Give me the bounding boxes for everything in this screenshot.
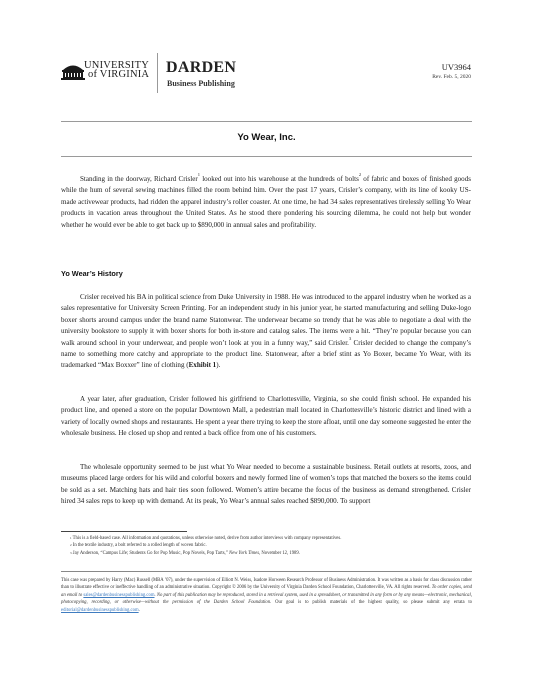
business-publishing-label: Business Publishing [167, 79, 235, 88]
case-id: UV3964 [442, 62, 471, 72]
footnote-3: 3 Jay Anderson, “Campus Life; Students G… [70, 550, 470, 557]
copyright-notice: This case was prepared by Harry (Mac) Ru… [61, 577, 472, 614]
history-section: Crisler received his BA in political sci… [61, 292, 471, 372]
rotunda-icon [61, 62, 85, 80]
footnote-ref-2[interactable]: 2 [359, 172, 361, 177]
university-of-virginia-logo-text: UNIVERSITY of VIRGINIA [84, 61, 149, 79]
footnote-2: 2 In the textile industry, a bolt referr… [70, 542, 470, 549]
footnotes: 1 This is a field-based case. All inform… [70, 535, 470, 557]
document-title: Yo Wear, Inc. [0, 132, 533, 143]
revision-date: Rev. Feb. 5, 2020 [432, 74, 471, 80]
editorial-email-link[interactable]: editorial@dardenbusinesspublishing.com [61, 608, 139, 613]
footer-separator [61, 571, 472, 572]
virginia-line: of VIRGINIA [84, 70, 149, 79]
darden-logo: DARDEN [166, 60, 236, 76]
sales-email-link[interactable]: sales@dardenbusinesspublishing.com [83, 593, 154, 598]
intro-section: Standing in the doorway, Richard Crisler… [61, 174, 471, 231]
footnote-1: 1 This is a field-based case. All inform… [70, 535, 470, 542]
history-paragraph-2-block: A year later, after graduation, Crisler … [61, 394, 471, 440]
title-rule-bottom [61, 156, 472, 157]
logo-divider [157, 53, 158, 93]
footnote-ref-3[interactable]: 3 [349, 336, 351, 341]
footnote-separator [61, 531, 187, 532]
history-paragraph-2: A year later, after graduation, Crisler … [61, 394, 471, 440]
history-paragraph-3: The wholesale opportunity seemed to be j… [61, 462, 471, 508]
history-paragraph-3-block: The wholesale opportunity seemed to be j… [61, 462, 471, 508]
footnote-ref-1[interactable]: 1 [198, 172, 200, 177]
section-heading-history: Yo Wear’s History [61, 269, 123, 278]
exhibit-1-reference[interactable]: Exhibit 1 [189, 361, 217, 369]
history-paragraph-1: Crisler received his BA in political sci… [61, 292, 471, 372]
intro-paragraph: Standing in the doorway, Richard Crisler… [61, 174, 471, 231]
title-rule-top [61, 121, 472, 122]
